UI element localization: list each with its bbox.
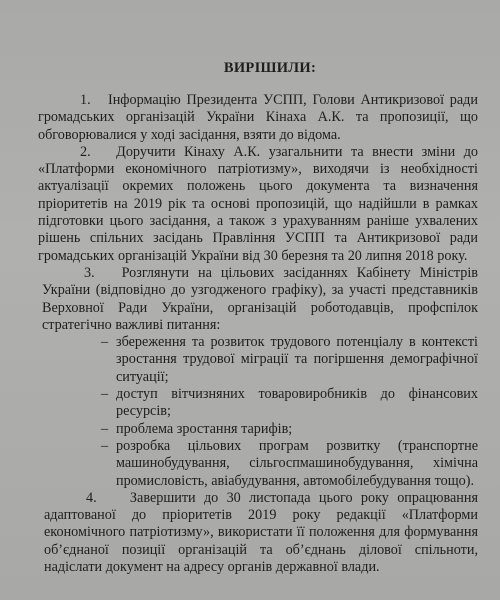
dash-bullet: – [101, 438, 108, 455]
item-number: 1. [80, 92, 91, 108]
item-text: Завершити до 30 листопада цього року опр… [44, 490, 478, 575]
list-item: – доступ вітчизняних товаровиробників до… [38, 386, 478, 421]
dash-bullet: – [101, 386, 108, 403]
item-text: Розглянути на цільових засіданнях Кабіне… [42, 265, 478, 333]
list-item: – проблема зростання тарифів; [38, 421, 478, 438]
item-number: 4. [86, 490, 97, 506]
resolution-item-4: 4. Завершити до 30 листопада цього року … [44, 490, 478, 576]
item-text: Інформацію Президента УСПП, Голови Антик… [38, 92, 478, 143]
item-number: 3. [84, 265, 95, 281]
resolution-item-1: 1. Інформацію Президента УСПП, Голови Ан… [38, 92, 478, 144]
list-item-text: проблема зростання тарифів; [116, 421, 292, 437]
decision-heading: ВИРІШИЛИ: [0, 60, 500, 77]
list-item-text: збереження та розвиток трудового потенці… [116, 334, 478, 385]
list-item: – розробка цільових програм розвитку (тр… [38, 438, 478, 490]
list-item: – збереження та розвиток трудового потен… [38, 334, 478, 386]
list-item-text: розробка цільових програм розвитку (тран… [116, 438, 478, 489]
list-item-text: доступ вітчизняних товаровиробників до ф… [116, 386, 478, 419]
topics-list: – збереження та розвиток трудового потен… [38, 334, 478, 490]
document-page: ВИРІШИЛИ: 1. Інформацію Президента УСПП,… [0, 0, 500, 600]
resolution-item-2: 2. Доручити Кінаху А.К. узагальнити та в… [38, 144, 478, 265]
document-body: 1. Інформацію Президента УСПП, Голови Ан… [38, 92, 478, 576]
dash-bullet: – [101, 421, 108, 438]
resolution-item-3: 3. Розглянути на цільових засіданнях Каб… [42, 265, 478, 334]
dash-bullet: – [101, 334, 108, 351]
item-number: 2. [80, 144, 91, 160]
item-text: Доручити Кінаху А.К. узагальнити та внес… [38, 144, 478, 264]
